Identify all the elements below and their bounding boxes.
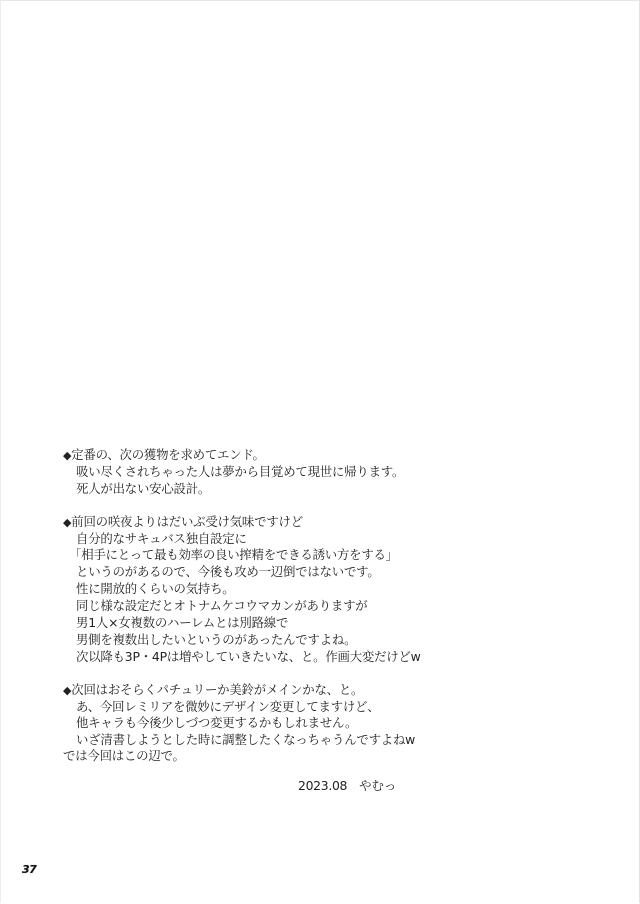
note-line: 「相手にとって最も効率の良い搾精をできる誘い方をする」 — [63, 547, 483, 564]
note-text: 次回はおそらくパチュリーか美鈴がメインかな、と。 — [71, 682, 363, 697]
note-line: 死人が出ない安心設計。 — [63, 481, 483, 498]
signature-author: やむっ — [359, 778, 396, 793]
afterword-notes: ◆定番の、次の獲物を求めてエンド。 吸い尽くされちゃった人は夢から目覚めて現世に… — [63, 447, 483, 749]
page: ◆定番の、次の獲物を求めてエンド。 吸い尽くされちゃった人は夢から目覚めて現世に… — [0, 0, 640, 903]
note-line: 自分的なサキュバス独自設定に — [63, 531, 483, 548]
note-line: 男1人×女複数のハーレムとは別路線で — [63, 615, 483, 632]
note-line: 同じ様な設定だとオトナムケコウマカンがありますが — [63, 598, 483, 615]
note-line: 性に開放的くらいの気持ち。 — [63, 581, 483, 598]
note-line: ◆定番の、次の獲物を求めてエンド。 — [63, 447, 483, 464]
note-line: ◆次回はおそらくパチュリーか美鈴がメインかな、と。 — [63, 682, 483, 699]
note-line: ◆前回の咲夜よりはだいぶ受け気味ですけど — [63, 514, 483, 531]
note-succubus-setting: ◆前回の咲夜よりはだいぶ受け気味ですけど 自分的なサキュバス独自設定に 「相手に… — [63, 514, 483, 666]
signature: 2023.08やむっ — [298, 778, 396, 794]
signature-date: 2023.08 — [298, 778, 347, 793]
note-next-issue: ◆次回はおそらくパチュリーか美鈴がメインかな、と。 あ、今回レミリアを微妙にデザ… — [63, 682, 483, 750]
closing-remark: では今回はこの辺で。 — [63, 748, 185, 764]
note-line: 男側を複数出したいというのがあったんですよね。 — [63, 632, 483, 649]
note-line: 吸い尽くされちゃった人は夢から目覚めて現世に帰ります。 — [63, 464, 483, 481]
note-line: というのがあるので、今後も攻め一辺倒ではないです。 — [63, 564, 483, 581]
page-number: 37 — [22, 863, 36, 876]
note-line: 他キャラも今後少しづつ変更するかもしれません。 — [63, 715, 483, 732]
note-text: 定番の、次の獲物を求めてエンド。 — [71, 447, 264, 462]
note-text: 前回の咲夜よりはだいぶ受け気味ですけど — [71, 514, 303, 529]
note-line: 次以降も3P・4Pは増やしていきたいな、と。作画大変だけどw — [63, 649, 483, 666]
note-line: いざ清書しようとした時に調整したくなっちゃうんですよねw — [63, 732, 483, 749]
note-line: あ、今回レミリアを微妙にデザイン変更してますけど、 — [63, 699, 483, 716]
note-ending: ◆定番の、次の獲物を求めてエンド。 吸い尽くされちゃった人は夢から目覚めて現世に… — [63, 447, 483, 498]
